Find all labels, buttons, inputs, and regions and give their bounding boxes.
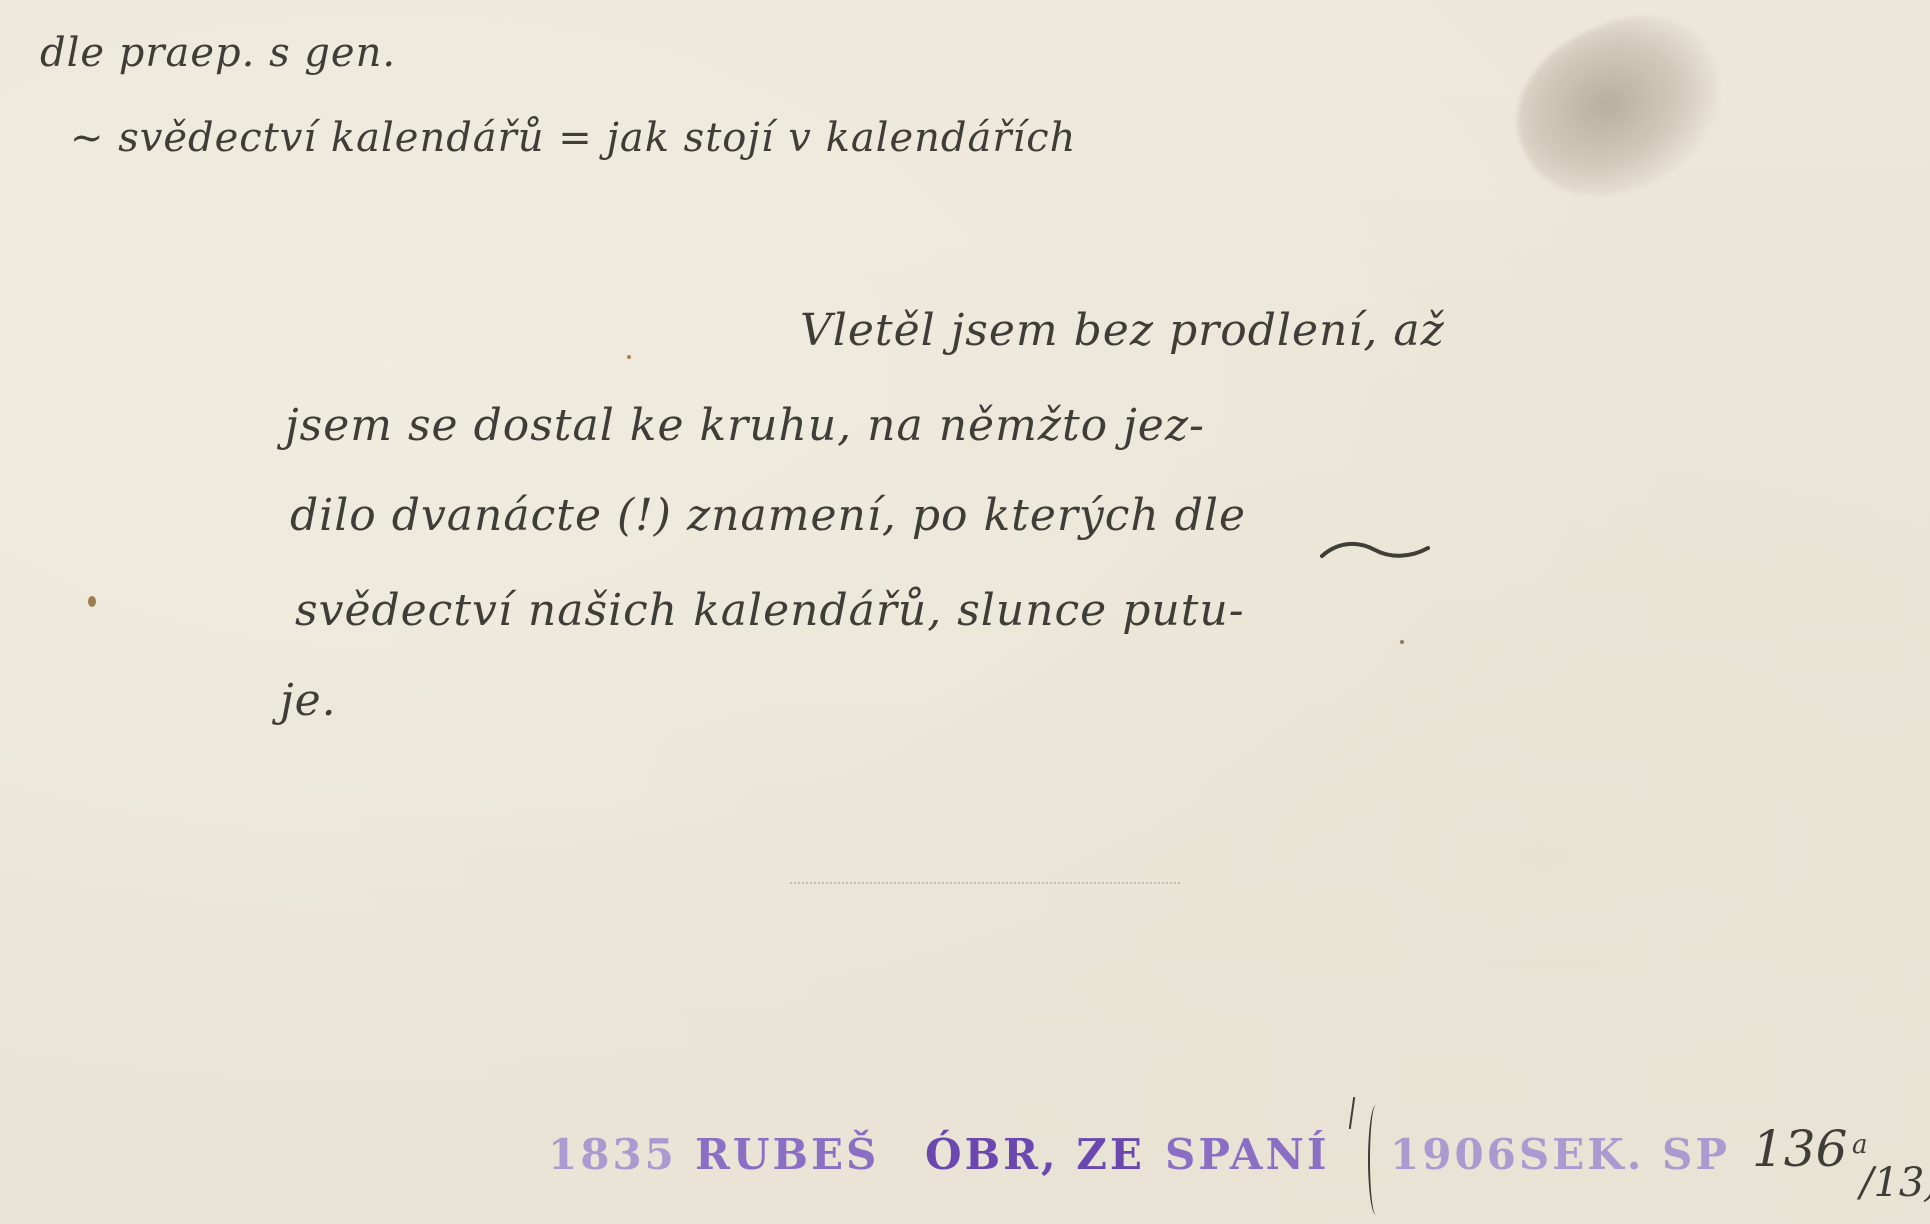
- paper-speck: [88, 596, 96, 607]
- handwritten-accent-stroke: [1349, 1097, 1355, 1129]
- faint-dotted-rule: [790, 882, 1180, 884]
- fingerprint-smudge: [1490, 0, 1750, 227]
- tilde-underline-mark: [1320, 538, 1430, 560]
- stamp-source: 1906SEK. SP: [1390, 1130, 1730, 1179]
- archive-card: dle praep. s gen. ~ svědectví kalendářů …: [0, 0, 1930, 1224]
- reference-superscript: a: [1852, 1130, 1868, 1160]
- header-note-grammar: dle praep. s gen.: [40, 30, 396, 76]
- stamp-number: 1835: [548, 1130, 677, 1179]
- stamp-title-part2: SPANÍ: [1165, 1130, 1329, 1179]
- handwritten-bracket: [1368, 1105, 1384, 1215]
- reference-subscript: /13): [1860, 1160, 1930, 1206]
- paper-speck: [627, 355, 631, 359]
- reference-number: 136: [1752, 1120, 1847, 1178]
- quote-line-4: svědectví našich kalendářů, slunce putu-: [295, 585, 1245, 636]
- quote-line-3: dilo dvanácte (!) znamení, po kterých dl…: [290, 490, 1246, 541]
- stamp-title-part1: ÓBR, ZE: [925, 1130, 1145, 1179]
- quote-line-1: Vletěl jsem bez prodlení, až: [800, 305, 1445, 356]
- stamp-author: RUBEŠ: [695, 1130, 879, 1179]
- quote-line-5: je.: [280, 675, 337, 726]
- header-note-definition: ~ svědectví kalendářů = jak stojí v kale…: [70, 115, 1076, 161]
- paper-speck: [1400, 640, 1404, 644]
- quote-line-2: jsem se dostal ke kruhu, na němžto jez-: [285, 400, 1205, 451]
